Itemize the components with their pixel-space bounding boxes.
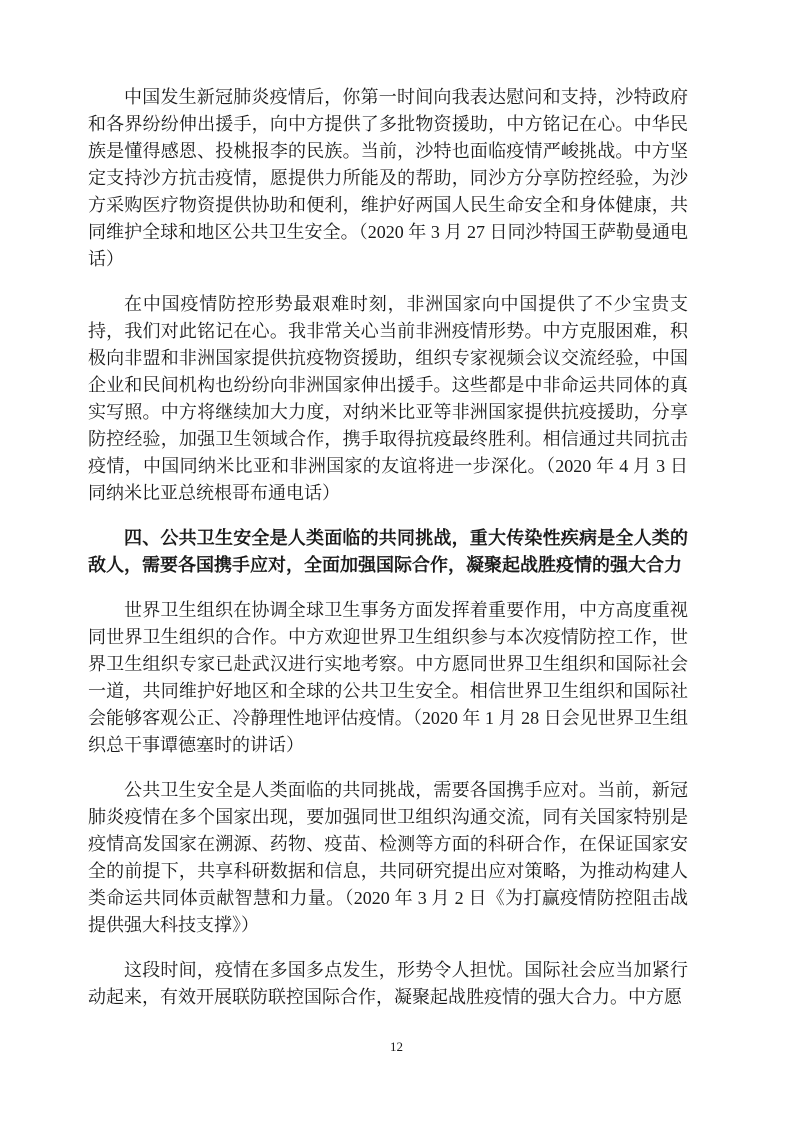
body-paragraph: 中国发生新冠肺炎疫情后，你第一时间向我表达慰问和支持，沙特政府和各界纷纷伸出援手…	[88, 84, 688, 273]
document-page: 中国发生新冠肺炎疫情后，你第一时间向我表达慰问和支持，沙特政府和各界纷纷伸出援手…	[0, 0, 793, 1122]
body-paragraph: 世界卫生组织在协调全球卫生事务方面发挥着重要作用，中方高度重视同世界卫生组织的合…	[88, 597, 688, 759]
body-paragraph: 在中国疫情防控形势最艰难时刻，非洲国家向中国提供了不少宝贵支持，我们对此铭记在心…	[88, 291, 688, 507]
page-content: 中国发生新冠肺炎疫情后，你第一时间向我表达慰问和支持，沙特政府和各界纷纷伸出援手…	[88, 84, 688, 1029]
body-paragraph: 公共卫生安全是人类面临的共同挑战，需要各国携手应对。当前，新冠肺炎疫情在多个国家…	[88, 777, 688, 939]
page-number: 12	[0, 1038, 793, 1056]
section-heading: 四、公共卫生安全是人类面临的共同挑战，重大传染性疾病是全人类的敌人，需要各国携手…	[88, 525, 688, 579]
body-paragraph: 这段时间，疫情在多国多点发生，形势令人担忧。国际社会应当加紧行动起来，有效开展联…	[88, 957, 688, 1011]
